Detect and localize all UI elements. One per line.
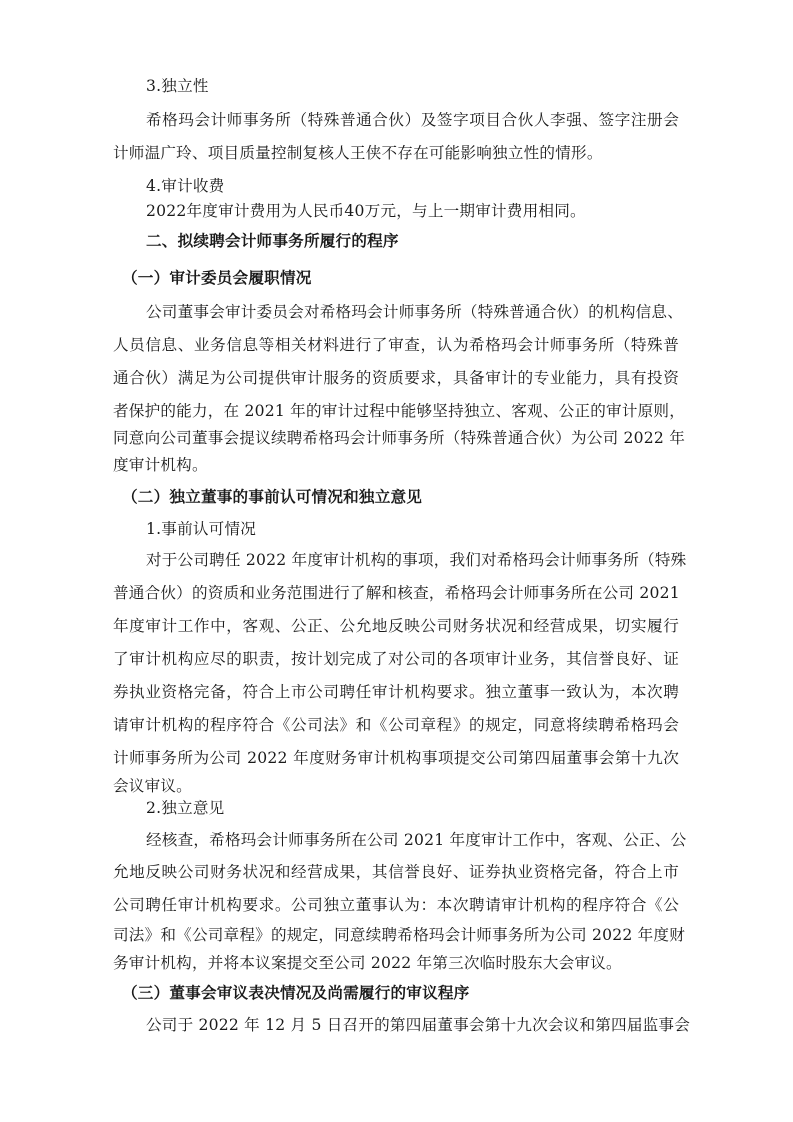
paragraph-line: 请审计机构的程序符合《公司法》和《公司章程》的规定，同意将续聘希格玛会 — [113, 715, 679, 735]
paragraph-line: 对于公司聘任 2022 年度审计机构的事项，我们对希格玛会计师事务所（特殊 — [146, 550, 679, 570]
paragraph-line: 2022年度审计费用为人民币40万元，与上一期审计费用相同。 — [146, 201, 679, 221]
paragraph-line: 券执业资格完备，符合上市公司聘任审计机构要求。独立董事一致认为，本次聘 — [113, 682, 679, 702]
paragraph-line: 公司董事会审计委员会对希格玛会计师事务所（特殊普通合伙）的机构信息、 — [146, 302, 679, 322]
paragraph-line: 公司于 2022 年 12 月 5 日召开的第四届董事会第十九次会议和第四届监事… — [146, 1015, 679, 1035]
paragraph-line: 会议审议。 — [113, 776, 679, 796]
subsection-title-independence: 3.独立性 — [146, 76, 679, 96]
paragraph-line: 同意向公司董事会提议续聘希格玛会计师事务所（特殊普通合伙）为公司 2022 年 — [113, 428, 679, 448]
document-page: 3.独立性 希格玛会计师事务所（特殊普通合伙）及签字项目合伙人李强、签字注册会 … — [0, 0, 793, 1122]
paragraph-line: 年度审计工作中，客观、公正、公允地反映公司财务状况和经营成果，切实履行 — [113, 616, 679, 636]
section-heading-independent-directors: （二）独立董事的事前认可情况和独立意见 — [122, 487, 688, 507]
paragraph-line: 人员信息、业务信息等相关材料进行了审查，认为希格玛会计师事务所（特殊普 — [113, 335, 679, 355]
subsection-title-audit-fee: 4.审计收费 — [146, 176, 679, 196]
paragraph-line: 经核查，希格玛会计师事务所在公司 2021 年度审计工作中，客观、公正、公 — [146, 830, 679, 850]
paragraph-line: 计师温广玲、项目质量控制复核人王侠不存在可能影响独立性的情形。 — [113, 143, 679, 163]
paragraph-line: 通合伙）满足为公司提供审计服务的资质要求，具备审计的专业能力，具有投资 — [113, 368, 679, 388]
subsection-title-independent-opinion: 2.独立意见 — [146, 798, 679, 818]
section-heading-board-review: （三）董事会审议表决情况及尚需履行的审议程序 — [122, 983, 688, 1003]
paragraph-line: 务审计机构，并将本议案提交至公司 2022 年第三次临时股东大会审议。 — [113, 953, 679, 973]
paragraph-line: 允地反映公司财务状况和经营成果，其信誉良好、证券执业资格完备，符合上市 — [113, 862, 679, 882]
section-heading-audit-committee: （一）审计委员会履职情况 — [122, 268, 688, 288]
paragraph-line: 普通合伙）的资质和业务范围进行了解和核查，希格玛会计师事务所在公司 2021 — [113, 583, 679, 603]
paragraph-line: 度审计机构。 — [113, 455, 679, 475]
section-heading-renewal-procedure: 二、拟续聘会计师事务所履行的程序 — [146, 231, 679, 251]
paragraph-line: 了审计机构应尽的职责，按计划完成了对公司的各项审计业务，其信誉良好、证 — [113, 649, 679, 669]
paragraph-line: 者保护的能力，在 2021 年的审计过程中能够坚持独立、客观、公正的审计原则， — [113, 401, 679, 421]
paragraph-line: 计师事务所为公司 2022 年度财务审计机构事项提交公司第四届董事会第十九次 — [113, 748, 679, 768]
paragraph-line: 司法》和《公司章程》的规定，同意续聘希格玛会计师事务所为公司 2022 年度财 — [113, 925, 679, 945]
paragraph-line: 希格玛会计师事务所（特殊普通合伙）及签字项目合伙人李强、签字注册会 — [146, 110, 679, 130]
subsection-title-prior-approval: 1.事前认可情况 — [146, 519, 679, 539]
paragraph-line: 公司聘任审计机构要求。公司独立董事认为：本次聘请审计机构的程序符合《公 — [113, 895, 679, 915]
